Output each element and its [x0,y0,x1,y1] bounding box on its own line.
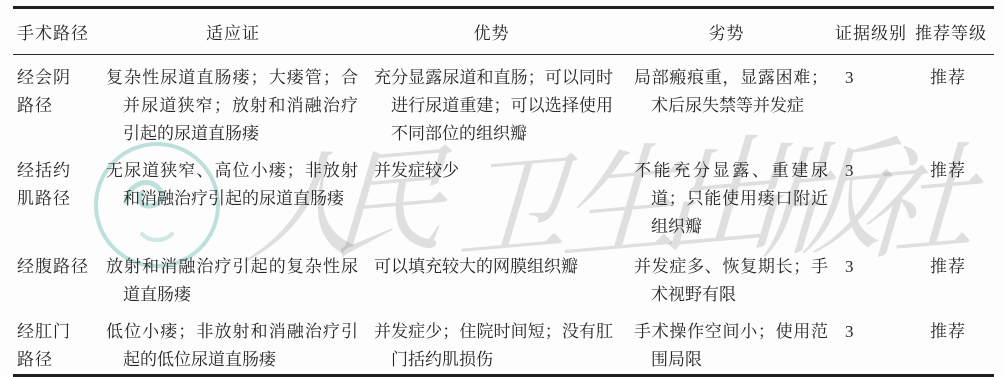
path-line: 肌路径 [17,185,96,213]
path-line: 经会阴 [17,64,96,92]
cell-disadvantage: 不能充分显露、重建尿道；只能使用瘘口附近组织瓣 [619,148,834,244]
cell-recommendation: 推荐 [908,148,994,244]
col-header-surgical-path: 手术路径 [13,8,102,55]
cell-evidence-level: 3 [834,55,908,149]
cell-recommendation: 推荐 [908,55,994,149]
table-row: 经腹路径 放射和消融治疗引起的复杂性尿道直肠瘘 可以填充较大的网膜组织瓣 并发症… [13,244,994,309]
col-header-recommendation: 推荐等级 [908,8,994,55]
table-row: 经会阴 路径 复杂性尿道直肠瘘；大瘘管；合并尿道狭窄；放射和消融治疗引起的尿道直… [13,55,994,149]
cell-advantage: 并发症较少 [364,148,619,244]
col-header-indication: 适应证 [102,8,364,55]
cell-indication: 低位小瘘；非放射和消融治疗引起的低位尿道直肠瘘 [102,309,364,376]
path-line: 经肛门 [17,318,96,346]
cell-disadvantage: 局部瘢痕重，显露困难；术后尿失禁等并发症 [619,55,834,149]
cell-recommendation: 推荐 [908,309,994,376]
cell-disadvantage: 手术操作空间小；使用范围局限 [619,309,834,376]
path-line: 路径 [17,346,96,374]
path-line: 经括约 [17,157,96,185]
cell-surgical-path: 经腹路径 [13,244,102,309]
cell-surgical-path: 经括约 肌路径 [13,148,102,244]
col-header-disadvantage: 劣势 [619,8,834,55]
path-line: 路径 [17,92,96,120]
table-row: 经括约 肌路径 无尿道狭窄、高位小瘘；非放射和消融治疗引起的尿道直肠瘘 并发症较… [13,148,994,244]
cell-advantage: 并发症少；住院时间短；没有肛门括约肌损伤 [364,309,619,376]
table-row: 经肛门 路径 低位小瘘；非放射和消融治疗引起的低位尿道直肠瘘 并发症少；住院时间… [13,309,994,376]
cell-disadvantage: 并发症多、恢复期长；手术视野有限 [619,244,834,309]
header-row: 手术路径 适应证 优势 劣势 证据级别 推荐等级 [13,8,994,55]
path-line: 经腹路径 [17,253,96,281]
cell-evidence-level: 3 [834,309,908,376]
cell-surgical-path: 经会阴 路径 [13,55,102,149]
cell-evidence-level: 3 [834,244,908,309]
col-header-evidence-level: 证据级别 [834,8,908,55]
cell-advantage: 可以填充较大的网膜组织瓣 [364,244,619,309]
cell-advantage: 充分显露尿道和直肠；可以同时进行尿道重建；可以选择使用不同部位的组织瓣 [364,55,619,149]
cell-indication: 无尿道狭窄、高位小瘘；非放射和消融治疗引起的尿道直肠瘘 [102,148,364,244]
cell-indication: 复杂性尿道直肠瘘；大瘘管；合并尿道狭窄；放射和消融治疗引起的尿道直肠瘘 [102,55,364,149]
scanned-table-page: 人 民 卫 生 出 版 社 手术路径 适应证 优势 劣势 证据级别 推荐等级 [0,0,1004,377]
cell-indication: 放射和消融治疗引起的复杂性尿道直肠瘘 [102,244,364,309]
cell-evidence-level: 3 [834,148,908,244]
cell-recommendation: 推荐 [908,244,994,309]
cell-surgical-path: 经肛门 路径 [13,309,102,376]
col-header-advantage: 优势 [364,8,619,55]
surgical-approach-table: 手术路径 适应证 优势 劣势 证据级别 推荐等级 经会阴 路径 复杂性尿道直肠瘘… [13,6,994,377]
